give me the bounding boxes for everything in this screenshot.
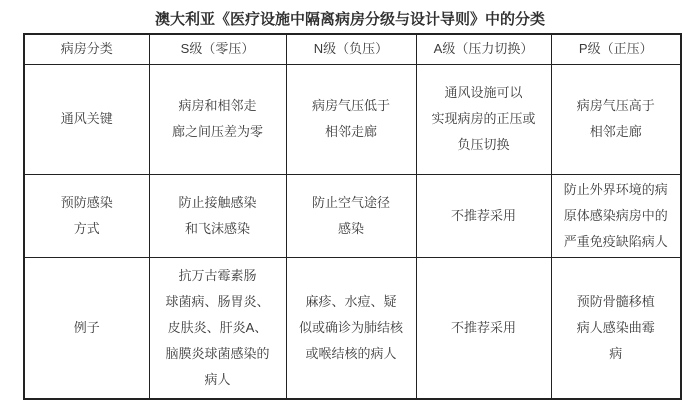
header-cell-class-p: P级（正压）	[551, 34, 681, 64]
header-cell-class-n: N级（负压）	[286, 34, 416, 64]
table-row-examples: 例子 抗万古霉素肠 球菌病、肠胃炎、 皮肤炎、肝炎A、 脑膜炎球菌感染的 病人 …	[24, 257, 681, 399]
header-cell-class-s: S级（零压）	[149, 34, 286, 64]
cell-examples-n: 麻疹、水痘、疑 似或确诊为肺结核 或喉结核的病人	[286, 257, 416, 399]
cell-ventilation-a: 通风设施可以 实现病房的正压或 负压切换	[416, 64, 551, 174]
cell-examples-a: 不推荐采用	[416, 257, 551, 399]
header-cell-class-a: A级（压力切换）	[416, 34, 551, 64]
cell-prevention-a: 不推荐采用	[416, 174, 551, 257]
row-label-examples: 例子	[24, 257, 149, 399]
cell-examples-s: 抗万古霉素肠 球菌病、肠胃炎、 皮肤炎、肝炎A、 脑膜炎球菌感染的 病人	[149, 257, 286, 399]
row-label-ventilation: 通风关键	[24, 64, 149, 174]
table-row-ventilation: 通风关键 病房和相邻走 廊之间压差为零 病房气压低于 相邻走廊 通风设施可以 实…	[24, 64, 681, 174]
cell-prevention-p: 防止外界环境的病 原体感染病房中的 严重免疫缺陷病人	[551, 174, 681, 257]
page-title: 澳大利亚《医疗设施中隔离病房分级与设计导则》中的分类	[0, 0, 700, 30]
cell-ventilation-n: 病房气压低于 相邻走廊	[286, 64, 416, 174]
cell-prevention-n: 防止空气途径 感染	[286, 174, 416, 257]
cell-ventilation-p: 病房气压高于 相邻走廊	[551, 64, 681, 174]
cell-prevention-s: 防止接触感染 和飞沫感染	[149, 174, 286, 257]
cell-examples-p: 预防骨髓移植 病人感染曲霉 病	[551, 257, 681, 399]
header-cell-ward-category: 病房分类	[24, 34, 149, 64]
page: 澳大利亚《医疗设施中隔离病房分级与设计导则》中的分类 病房分类 S级（零压） N…	[0, 0, 700, 406]
table-row-infection-prevention: 预防感染 方式 防止接触感染 和飞沫感染 防止空气途径 感染 不推荐采用 防止外…	[24, 174, 681, 257]
cell-ventilation-s: 病房和相邻走 廊之间压差为零	[149, 64, 286, 174]
isolation-ward-classification-table: 病房分类 S级（零压） N级（负压） A级（压力切换） P级（正压） 通风关键 …	[23, 33, 682, 400]
row-label-infection-prevention: 预防感染 方式	[24, 174, 149, 257]
table-header-row: 病房分类 S级（零压） N级（负压） A级（压力切换） P级（正压）	[24, 34, 681, 64]
